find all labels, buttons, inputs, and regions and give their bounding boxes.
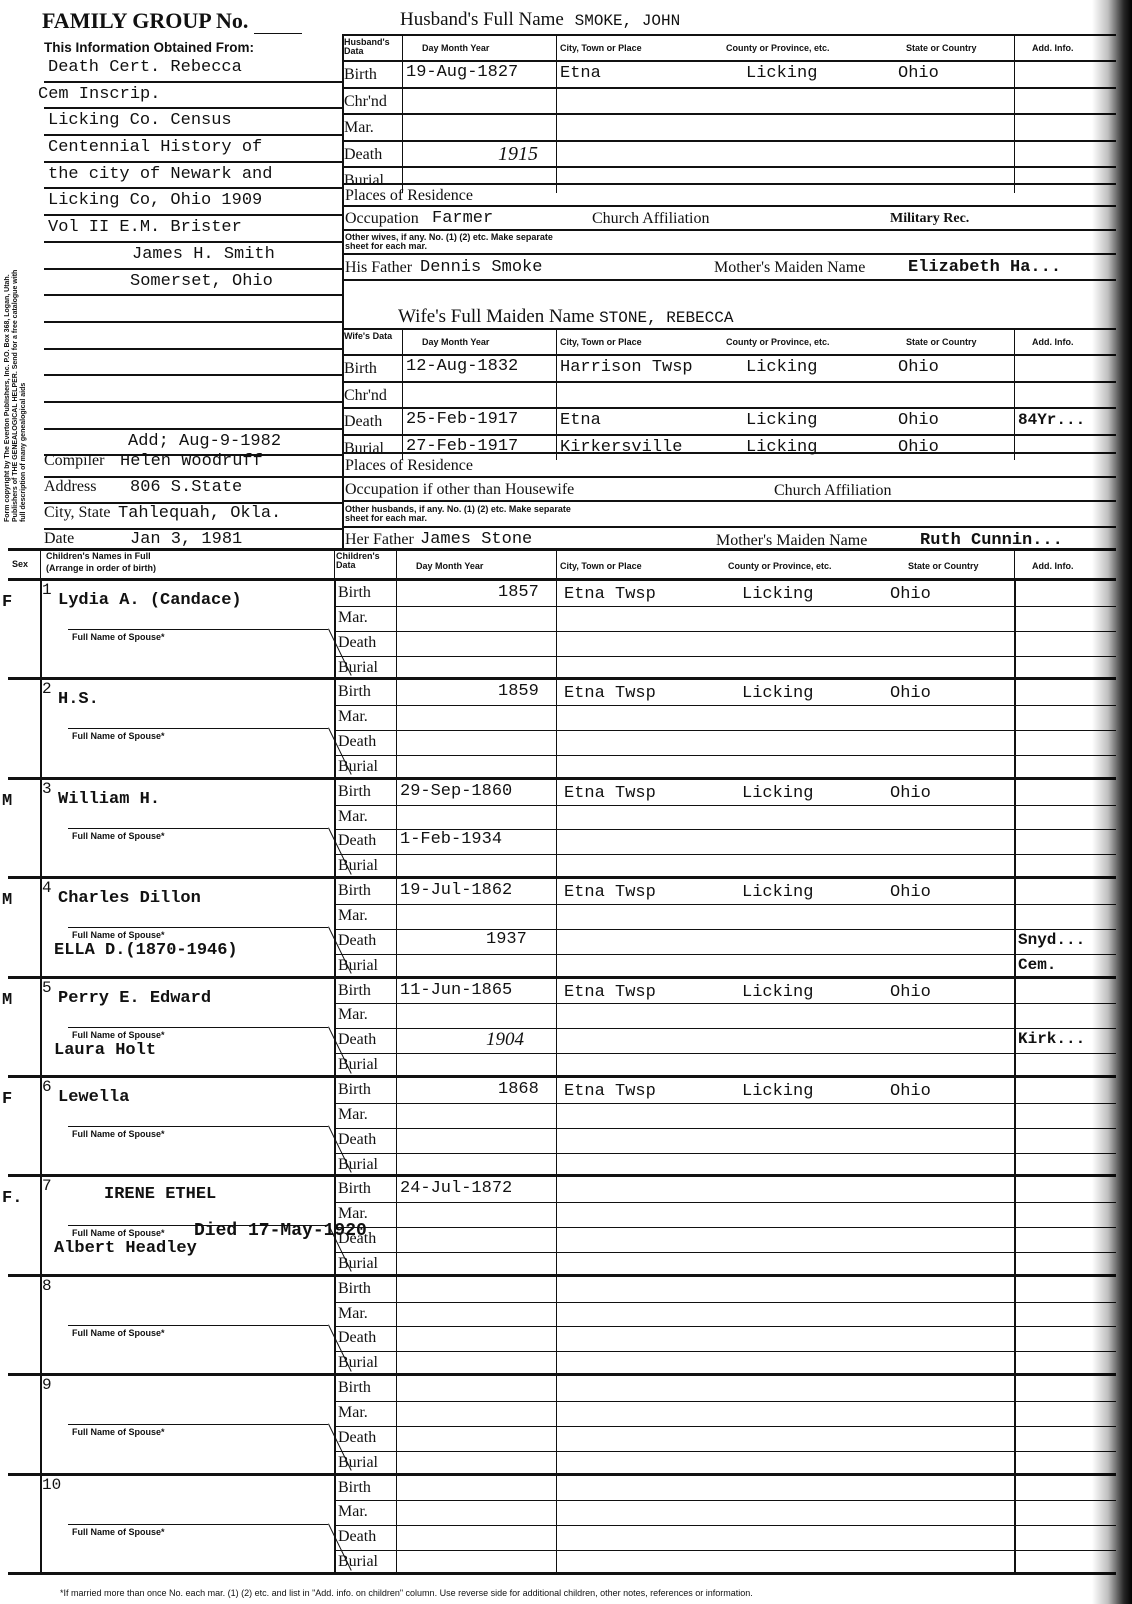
husband-data-label: Husband's Data <box>344 38 400 56</box>
spouse-label: Full Name of Spouse* <box>72 931 165 940</box>
col-county: County or Province, etc. <box>726 338 830 347</box>
child-birth-date[interactable]: 24-Jul-1872 <box>400 1179 512 1198</box>
col-state: State or Country <box>906 338 977 347</box>
children-header-sex: Sex <box>12 560 28 569</box>
event-county[interactable]: Licking <box>746 358 817 377</box>
col-county: County or Province, etc. <box>728 562 832 571</box>
child-birth-city[interactable]: Etna Twsp <box>564 585 656 604</box>
spouse-label: Full Name of Spouse* <box>72 633 165 642</box>
husband-church-label: Church Affiliation <box>592 210 709 228</box>
child-name[interactable]: Lydia A. (Candace) <box>58 591 242 610</box>
wife-other-husbands-label: Other husbands, if any. No. (1) (2) etc.… <box>345 505 585 523</box>
child-name[interactable]: Perry E. Edward <box>58 989 211 1008</box>
child-birth-state[interactable]: Ohio <box>890 784 931 803</box>
wife-full-name: Wife's Full Maiden Name STONE, REBECCA <box>398 306 733 328</box>
col-city: City, Town or Place <box>560 562 642 571</box>
child-event-label: Birth <box>338 683 371 701</box>
child-spouse[interactable]: Laura Holt <box>54 1041 156 1060</box>
source-line-text: Somerset, Ohio <box>130 272 273 291</box>
source-line-text: Add; Aug-9-1982 <box>128 432 281 451</box>
spouse-label: Full Name of Spouse* <box>72 1528 165 1537</box>
col-day-month-year: Day Month Year <box>422 44 489 53</box>
source-line[interactable]: Somerset, Ohio <box>44 270 342 297</box>
child-birth-county[interactable]: Licking <box>742 684 813 703</box>
event-label: Death <box>344 413 382 431</box>
source-line-text: James H. Smith <box>132 245 275 264</box>
child-event-label: Death <box>338 1131 376 1149</box>
child-number: 1 <box>42 581 52 599</box>
event-label: Mar. <box>344 119 374 137</box>
spouse-label: Full Name of Spouse* <box>72 1130 165 1139</box>
child-birth-date[interactable]: 1868 <box>498 1080 539 1099</box>
husband-event-row: Mar. <box>342 113 1116 140</box>
date-label: Date <box>44 530 74 547</box>
husband-mother-value[interactable]: Elizabeth Ha... <box>908 258 1061 277</box>
wife-event-row: Birth12-Aug-1832Harrison TwspLickingOhio <box>342 354 1116 381</box>
child-event-label: Mar. <box>338 1404 368 1422</box>
child-sex[interactable]: M <box>2 991 12 1010</box>
child-event-label: Mar. <box>338 907 368 925</box>
footnote: *If married more than once No. each mar.… <box>60 1588 753 1598</box>
wife-full-name-label: Wife's Full Maiden Name <box>398 306 594 327</box>
husband-mother-label: Mother's Maiden Name <box>714 259 865 277</box>
child-event-label: Mar. <box>338 1205 368 1223</box>
child-number: 4 <box>42 879 52 897</box>
source-line[interactable]: the city of Newark and <box>44 163 342 190</box>
col-day-month-year: Day Month Year <box>416 562 483 571</box>
city-state-value[interactable]: Tahlequah, Okla. <box>118 504 281 523</box>
child-birth-state[interactable]: Ohio <box>890 883 931 902</box>
child-event-label: Death <box>338 1230 376 1248</box>
child-event-label: Birth <box>338 1280 371 1298</box>
child-birth-state[interactable]: Ohio <box>890 585 931 604</box>
family-group-title: FAMILY GROUP No. <box>42 8 302 34</box>
child-sex[interactable]: F <box>2 1090 12 1109</box>
event-date[interactable]: 12-Aug-1832 <box>406 357 518 376</box>
source-line[interactable]: Centennial History of <box>44 136 342 163</box>
city-state-label: City, State <box>44 504 111 521</box>
compiler-value[interactable]: Helen Woodruff <box>120 452 263 471</box>
event-label: Birth <box>344 360 377 378</box>
child-birth-city[interactable]: Etna Twsp <box>564 684 656 703</box>
spouse-label: Full Name of Spouse* <box>72 1031 165 1040</box>
source-line[interactable]: Vol II E.M. Brister <box>44 216 342 243</box>
child-number: 7 <box>42 1177 52 1195</box>
date-value[interactable]: Jan 3, 1981 <box>130 530 242 549</box>
husband-occupation-value[interactable]: Farmer <box>432 209 493 228</box>
spouse-label: Full Name of Spouse* <box>72 1229 165 1238</box>
child-event-label: Death <box>338 733 376 751</box>
source-line[interactable]: Cem Inscrip. <box>44 83 342 110</box>
husband-other-wives-label: Other wives, if any. No. (1) (2) etc. Ma… <box>345 233 565 251</box>
child-birth-state[interactable]: Ohio <box>890 983 931 1002</box>
child-event-label: Burial <box>338 1354 378 1372</box>
child-birth-date[interactable]: 1857 <box>498 583 539 602</box>
wife-father-value[interactable]: James Stone <box>420 530 532 549</box>
spouse-label: Full Name of Spouse* <box>72 732 165 741</box>
children-header: Sex Children's Names in Full (Arrange in… <box>8 550 1116 578</box>
wife-event-row: Chr'nd <box>342 381 1116 408</box>
col-day-month-year: Day Month Year <box>422 338 489 347</box>
child-entry: 10Full Name of Spouse*BirthMar.DeathBuri… <box>8 1473 1116 1572</box>
child-entry: M5Perry E. EdwardFull Name of Spouse*Lau… <box>8 976 1116 1075</box>
address-label: Address <box>44 478 96 495</box>
husband-full-name-label: Husband's Full Name <box>400 9 564 30</box>
child-birth-state[interactable]: Ohio <box>890 1082 931 1101</box>
child-event-label: Burial <box>338 1454 378 1472</box>
family-group-number-field[interactable] <box>254 15 302 34</box>
child-birth-state[interactable]: Ohio <box>890 684 931 703</box>
child-event-label: Death <box>338 1429 376 1447</box>
child-birth-city[interactable]: Etna Twsp <box>564 784 656 803</box>
child-name[interactable]: Lewella <box>58 1088 129 1107</box>
child-sex[interactable]: M <box>2 891 12 910</box>
child-event-label: Mar. <box>338 708 368 726</box>
child-number: 10 <box>42 1476 61 1494</box>
child-event-label: Birth <box>338 1180 371 1198</box>
child-entry: 2H.S.Full Name of Spouse*BirthMar.DeathB… <box>8 677 1116 776</box>
child-event-label: Mar. <box>338 1503 368 1521</box>
source-line[interactable]: Licking Co. Census <box>44 109 342 136</box>
child-number: 2 <box>42 680 52 698</box>
spouse-label: Full Name of Spouse* <box>72 832 165 841</box>
source-line[interactable] <box>44 376 342 403</box>
children-header-data: Children's Data <box>336 552 394 570</box>
children-list: F1Lydia A. (Candace)Full Name of Spouse*… <box>8 578 1116 1575</box>
family-group-label: FAMILY GROUP No. <box>42 8 248 33</box>
spouse-label: Full Name of Spouse* <box>72 1329 165 1338</box>
husband-misc: Places of Residence Occupation Farmer Ch… <box>342 183 1116 281</box>
scan-edge-shadow <box>1092 0 1132 1604</box>
child-sex[interactable]: F. <box>2 1189 22 1208</box>
husband-table: Husband's DataDay Month YearCity, Town o… <box>342 34 1116 193</box>
source-line[interactable] <box>44 350 342 377</box>
wife-occupation-label: Occupation if other than Housewife <box>345 481 574 499</box>
child-number: 9 <box>42 1376 52 1394</box>
husband-event-row: Birth19-Aug-1827EtnaLickingOhio <box>342 60 1116 87</box>
child-event-label: Death <box>338 1329 376 1347</box>
wife-table: Wife's DataDay Month YearCity, Town or P… <box>342 328 1116 460</box>
source-line[interactable]: Death Cert. Rebecca <box>44 56 342 83</box>
husband-father-label: His Father <box>345 259 412 277</box>
child-event-label: Mar. <box>338 808 368 826</box>
child-event-label: Death <box>338 634 376 652</box>
source-line[interactable] <box>44 323 342 350</box>
child-event-label: Death <box>338 932 376 950</box>
source-line-text: Licking Co, Ohio 1909 <box>48 191 262 210</box>
address-value[interactable]: 806 S.State <box>130 478 242 497</box>
child-add-info[interactable]: Snyd... <box>1018 931 1085 949</box>
source-line-text: Licking Co. Census <box>48 111 232 130</box>
child-event-label: Burial <box>338 1255 378 1273</box>
publisher-side-note: Form copyright by The Everton Publishers… <box>4 262 44 522</box>
event-county[interactable]: Licking <box>746 411 817 430</box>
child-birth-date[interactable]: 11-Jun-1865 <box>400 981 512 1000</box>
child-sex[interactable]: F <box>2 593 12 612</box>
event-state[interactable]: Ohio <box>898 358 939 377</box>
child-death-date[interactable]: 1937 <box>486 930 527 949</box>
child-number: 3 <box>42 780 52 798</box>
event-date[interactable]: 25-Feb-1917 <box>406 410 518 429</box>
child-birth-date[interactable]: 19-Jul-1862 <box>400 881 512 900</box>
child-entry: M3William H.Full Name of Spouse*BirthMar… <box>8 777 1116 876</box>
child-event-label: Birth <box>338 1379 371 1397</box>
compiler-block: Compiler Helen Woodruff Address 806 S.St… <box>44 452 342 554</box>
event-county[interactable]: Licking <box>746 64 817 83</box>
col-city: City, Town or Place <box>560 338 642 347</box>
wife-misc: Places of Residence Occupation if other … <box>342 452 1116 550</box>
child-event-label: Burial <box>338 758 378 776</box>
col-county: County or Province, etc. <box>726 44 830 53</box>
husband-full-name-value[interactable]: SMOKE, JOHN <box>575 12 681 30</box>
child-event-label: Birth <box>338 1479 371 1497</box>
husband-occupation-label: Occupation <box>345 210 419 228</box>
husband-full-name: Husband's Full Name SMOKE, JOHN <box>400 9 680 31</box>
child-event-label: Death <box>338 832 376 850</box>
child-entry: M4Charles DillonFull Name of Spouse*ELLA… <box>8 876 1116 975</box>
child-event-label: Burial <box>338 857 378 875</box>
source-line-text: Centennial History of <box>48 138 262 157</box>
event-date[interactable]: 19-Aug-1827 <box>406 63 518 82</box>
child-event-label: Mar. <box>338 1106 368 1124</box>
event-city[interactable]: Etna <box>560 64 601 83</box>
husband-event-row: Death1915 <box>342 140 1116 167</box>
wife-residence-label: Places of Residence <box>345 457 473 475</box>
child-name[interactable]: Charles Dillon <box>58 889 201 908</box>
child-name[interactable]: IRENE ETHEL <box>104 1185 216 1204</box>
child-event-label: Burial <box>338 957 378 975</box>
compiler-label: Compiler <box>44 452 104 469</box>
child-entry: 8Full Name of Spouse*BirthMar.DeathBuria… <box>8 1274 1116 1373</box>
child-birth-city[interactable]: Etna Twsp <box>564 1082 656 1101</box>
child-death-date[interactable]: 1-Feb-1934 <box>400 830 502 849</box>
child-entry: F1Lydia A. (Candace)Full Name of Spouse*… <box>8 578 1116 677</box>
wife-father-label: Her Father <box>345 531 414 549</box>
child-event-label: Mar. <box>338 1006 368 1024</box>
child-entry: F.7IRENE ETHELFull Name of Spouse*Albert… <box>8 1174 1116 1273</box>
child-birth-city[interactable]: Etna Twsp <box>564 983 656 1002</box>
spouse-label: Full Name of Spouse* <box>72 1428 165 1437</box>
child-birth-county[interactable]: Licking <box>742 1082 813 1101</box>
child-sex[interactable]: M <box>2 792 12 811</box>
husband-residence-label: Places of Residence <box>345 187 473 205</box>
children-header-names: Children's Names in Full <box>46 552 151 561</box>
husband-event-row: Chr'nd <box>342 87 1116 114</box>
child-name[interactable]: H.S. <box>58 690 99 709</box>
source-line[interactable]: James H. Smith <box>44 243 342 270</box>
child-event-label: Mar. <box>338 1305 368 1323</box>
col-add-info: Add. Info. <box>1032 44 1074 53</box>
child-number: 6 <box>42 1078 52 1096</box>
child-birth-city[interactable]: Etna Twsp <box>564 883 656 902</box>
child-event-label: Birth <box>338 1081 371 1099</box>
child-birth-county[interactable]: Licking <box>742 784 813 803</box>
child-event-label: Birth <box>338 882 371 900</box>
child-birth-date[interactable]: 29-Sep-1860 <box>400 782 512 801</box>
col-state: State or Country <box>908 562 979 571</box>
child-name[interactable]: William H. <box>58 790 160 809</box>
event-label: Death <box>344 146 382 164</box>
source-line-text: Vol II E.M. Brister <box>48 218 242 237</box>
child-birth-date[interactable]: 1859 <box>498 682 539 701</box>
child-birth-county[interactable]: Licking <box>742 983 813 1002</box>
event-add-info[interactable]: 84Yr... <box>1018 411 1085 429</box>
child-event-label: Death <box>338 1031 376 1049</box>
children-header-names-sub: (Arrange in order of birth) <box>46 564 156 573</box>
child-event-label: Death <box>338 1528 376 1546</box>
event-date[interactable]: 1915 <box>498 143 538 166</box>
event-state[interactable]: Ohio <box>898 411 939 430</box>
child-entry: F6LewellaFull Name of Spouse*BirthMar.De… <box>8 1075 1116 1174</box>
col-city: City, Town or Place <box>560 44 642 53</box>
wife-full-name-value[interactable]: STONE, REBECCA <box>599 309 733 327</box>
wife-church-label: Church Affiliation <box>774 482 891 500</box>
child-spouse[interactable]: Albert Headley <box>54 1239 197 1258</box>
col-add-info: Add. Info. <box>1032 338 1074 347</box>
child-event-label: Birth <box>338 783 371 801</box>
child-event-label: Burial <box>338 1553 378 1571</box>
husband-father-value[interactable]: Dennis Smoke <box>420 258 542 277</box>
source-line-text: Cem Inscrip. <box>38 85 160 104</box>
child-add-info[interactable]: Cem. <box>1018 956 1056 974</box>
child-add-info[interactable]: Kirk... <box>1018 1030 1085 1048</box>
child-birth-county[interactable]: Licking <box>742 883 813 902</box>
source-line[interactable]: Licking Co, Ohio 1909 <box>44 189 342 216</box>
husband-military-label: Military Rec. <box>890 211 969 227</box>
child-number: 8 <box>42 1277 52 1295</box>
child-event-label: Burial <box>338 1056 378 1074</box>
event-label: Chr'nd <box>344 93 387 111</box>
source-line-text: the city of Newark and <box>48 165 272 184</box>
sources-list: Death Cert. RebeccaCem Inscrip.Licking C… <box>44 56 342 456</box>
child-death-date[interactable]: 1904 <box>486 1029 524 1051</box>
child-spouse[interactable]: ELLA D.(1870-1946) <box>54 941 238 960</box>
event-state[interactable]: Ohio <box>898 64 939 83</box>
col-state: State or Country <box>906 44 977 53</box>
child-event-label: Birth <box>338 584 371 602</box>
wife-event-row: Death25-Feb-1917EtnaLickingOhio84Yr... <box>342 407 1116 434</box>
source-line-text: Death Cert. Rebecca <box>48 58 242 77</box>
child-event-label: Burial <box>338 1156 378 1174</box>
sources-label: This Information Obtained From: <box>44 40 254 55</box>
event-city[interactable]: Etna <box>560 411 601 430</box>
child-event-label: Birth <box>338 982 371 1000</box>
source-line[interactable] <box>44 296 342 323</box>
child-birth-county[interactable]: Licking <box>742 585 813 604</box>
event-city[interactable]: Harrison Twsp <box>560 358 693 377</box>
child-event-label: Burial <box>338 659 378 677</box>
event-label: Birth <box>344 66 377 84</box>
child-event-label: Mar. <box>338 609 368 627</box>
col-add-info: Add. Info. <box>1032 562 1074 571</box>
event-label: Chr'nd <box>344 387 387 405</box>
source-line[interactable] <box>44 403 342 430</box>
child-number: 5 <box>42 979 52 997</box>
child-entry: 9Full Name of Spouse*BirthMar.DeathBuria… <box>8 1373 1116 1472</box>
wife-data-label: Wife's Data <box>344 332 400 341</box>
